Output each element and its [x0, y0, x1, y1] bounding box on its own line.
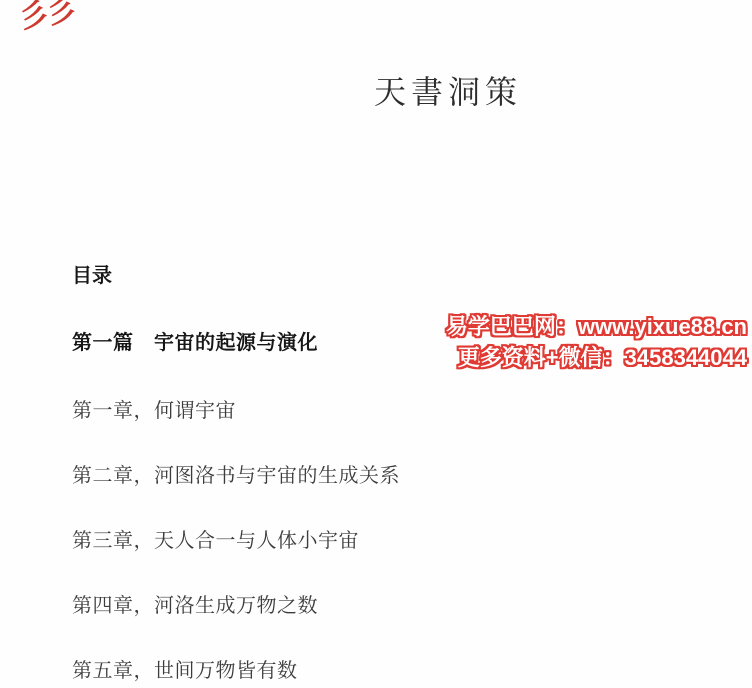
toc-chapter-item: 第四章，河洛生成万物之数 — [72, 589, 318, 618]
site-watermark: 易学巴巴网：www.yixue88.cn 更多资料+微信：3458344044 — [446, 311, 747, 373]
toc-chapter-item: 第三章，天人合一与人体小宇宙 — [72, 524, 359, 553]
toc-chapter-item: 第二章，河图洛书与宇宙的生成关系 — [72, 459, 400, 488]
toc-part-heading: 第一篇 宇宙的起源与演化 — [72, 326, 318, 355]
toc-heading: 目录 — [72, 259, 112, 288]
watermark-line1: 易学巴巴网：www.yixue88.cn — [446, 311, 747, 342]
toc-chapter-item: 第五章，世间万物皆有数 — [72, 654, 298, 683]
toc-chapter-item: 第一章，何谓宇宙 — [72, 394, 236, 423]
document-page: 彡彡 天書洞策 目录 第一篇 宇宙的起源与演化 第一章，何谓宇宙 第二章，河图洛… — [0, 0, 752, 688]
watermark-line2: 更多资料+微信：3458344044 — [446, 342, 747, 373]
page-title: 天書洞策 — [374, 67, 522, 113]
red-brush-marks-icon: 彡彡 — [15, 0, 76, 37]
